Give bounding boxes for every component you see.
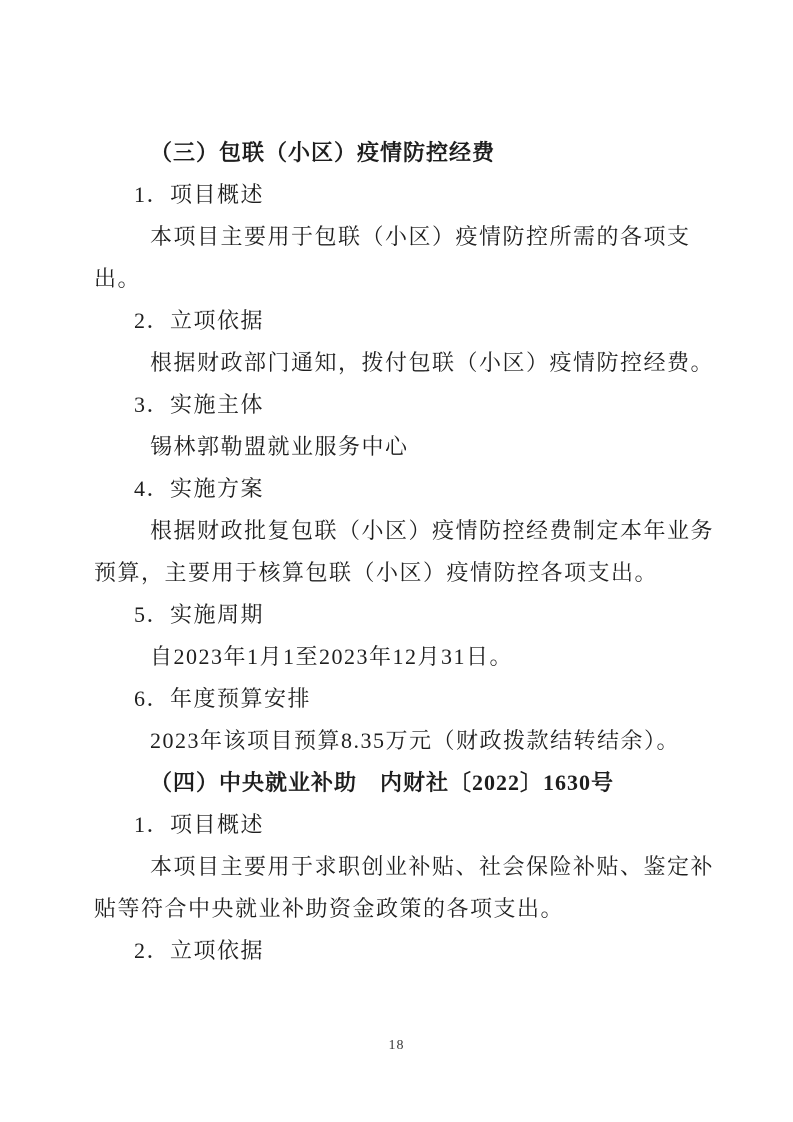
numbered-heading-4: 4．实施方案 <box>94 468 694 510</box>
paragraph-line: 出。 <box>94 258 694 300</box>
paragraph-line: 自2023年1月1至2023年12月31日。 <box>94 636 694 678</box>
document-body: （三）包联（小区）疫情防控经费 1．项目概述 本项目主要用于包联（小区）疫情防控… <box>94 132 694 972</box>
numbered-heading-1: 1．项目概述 <box>94 804 694 846</box>
numbered-heading-6: 6．年度预算安排 <box>94 678 694 720</box>
paragraph-line: 锡林郭勒盟就业服务中心 <box>94 426 694 468</box>
paragraph-line: 预算，主要用于核算包联（小区）疫情防控各项支出。 <box>94 552 694 594</box>
numbered-heading-5: 5．实施周期 <box>94 594 694 636</box>
section-heading-4: （四）中央就业补助 内财社〔2022〕1630号 <box>94 762 694 804</box>
numbered-heading-2: 2．立项依据 <box>94 300 694 342</box>
numbered-heading-2: 2．立项依据 <box>94 930 694 972</box>
numbered-heading-1: 1．项目概述 <box>94 174 694 216</box>
paragraph-line: 贴等符合中央就业补助资金政策的各项支出。 <box>94 888 694 930</box>
paragraph-line: 根据财政部门通知，拨付包联（小区）疫情防控经费。 <box>94 342 694 384</box>
numbered-heading-3: 3．实施主体 <box>94 384 694 426</box>
section-heading-3: （三）包联（小区）疫情防控经费 <box>94 132 694 174</box>
paragraph-line: 2023年该项目预算8.35万元（财政拨款结转结余）。 <box>94 720 694 762</box>
paragraph-line: 根据财政批复包联（小区）疫情防控经费制定本年业务 <box>94 510 694 552</box>
paragraph-line: 本项目主要用于包联（小区）疫情防控所需的各项支 <box>94 216 694 258</box>
paragraph-line: 本项目主要用于求职创业补贴、社会保险补贴、鉴定补 <box>94 846 694 888</box>
document-page: （三）包联（小区）疫情防控经费 1．项目概述 本项目主要用于包联（小区）疫情防控… <box>0 0 793 1122</box>
page-number: 18 <box>0 1038 793 1054</box>
